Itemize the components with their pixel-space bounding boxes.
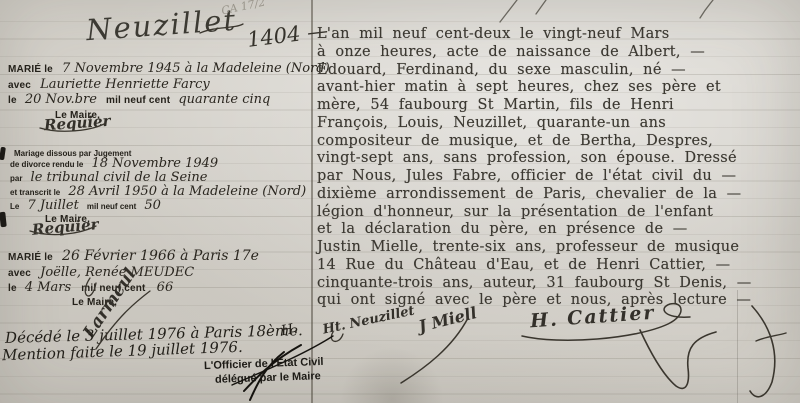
act-line: 14 Rue du Château d'Eau, et de Henri Cat…: [317, 257, 799, 273]
act-line: cinquante-trois ans, auteur, 31 faubourg…: [317, 275, 799, 291]
ink-blot: [0, 212, 7, 228]
mayor-signature-1950: Requier: [31, 215, 99, 239]
stamp-mil-neuf-cent: mil neuf cent: [87, 202, 136, 211]
death-mention-initials: H.: [280, 321, 299, 340]
act-line: et la déclaration du père, en présence d…: [317, 221, 799, 237]
pencil-annotation: CA 17/2: [220, 0, 266, 17]
registry-page: Neuzillet CA 17/2 1404 — MARIÉ le 7 Nove…: [0, 0, 800, 403]
marriage-1966-year: 66: [157, 280, 174, 295]
act-line: François, Louis, Neuzillet, quarante-un …: [317, 115, 799, 131]
act-line: vingt-sept ans, sans profession, son épo…: [317, 150, 799, 166]
stamp-mil-neuf-cent: mil neuf cent: [106, 95, 170, 106]
act-line: mère, 54 faubourg St Martin, fils de Hen…: [317, 97, 799, 113]
act-line: légion d'honneur, sur la présentation de…: [317, 204, 799, 220]
stamp-le: Le: [10, 202, 19, 211]
act-line: Justin Mielle, trente-six ans, professeu…: [317, 239, 799, 255]
signature-father: Ht. Neuzillet: [321, 303, 415, 337]
stamp-le: le: [8, 95, 17, 106]
act-line: dixième arrondissement de Paris, chevali…: [317, 186, 799, 202]
stamp-le: le: [8, 283, 17, 294]
page-title: Neuzillet: [85, 3, 238, 47]
mayor-signature-1945: Requier: [43, 112, 111, 135]
act-line: par Nous, Jules Fabre, officier de l'éta…: [317, 168, 799, 184]
act-line: Edouard, Ferdinand, du sexe masculin, né…: [317, 62, 799, 78]
act-line: à onze heures, acte de naissance de Albe…: [317, 44, 799, 60]
act-line: compositeur de musique, et de Bertha, De…: [317, 133, 799, 149]
officer-stamp-line2: délégué par le Maire: [215, 370, 321, 386]
act-line: qui ont signé avec le père et nous, aprè…: [317, 292, 799, 308]
marriage-1966-mention-date: 4 Mars: [25, 280, 71, 295]
act-line: L'an mil neuf cent-deux le vingt-neuf Ma…: [317, 26, 799, 42]
marriage-1945-line3: le 20 Nov.bre mil neuf cent quarante cin…: [8, 88, 270, 107]
ink-blot: [0, 147, 6, 161]
marriage-1945-year: quarante cinq: [178, 92, 270, 107]
act-line: avant-hier matin à sept heures, chez ses…: [317, 79, 799, 95]
divorce-year: 50: [144, 198, 161, 213]
signature-witness-mielle: J Miell: [417, 303, 479, 336]
